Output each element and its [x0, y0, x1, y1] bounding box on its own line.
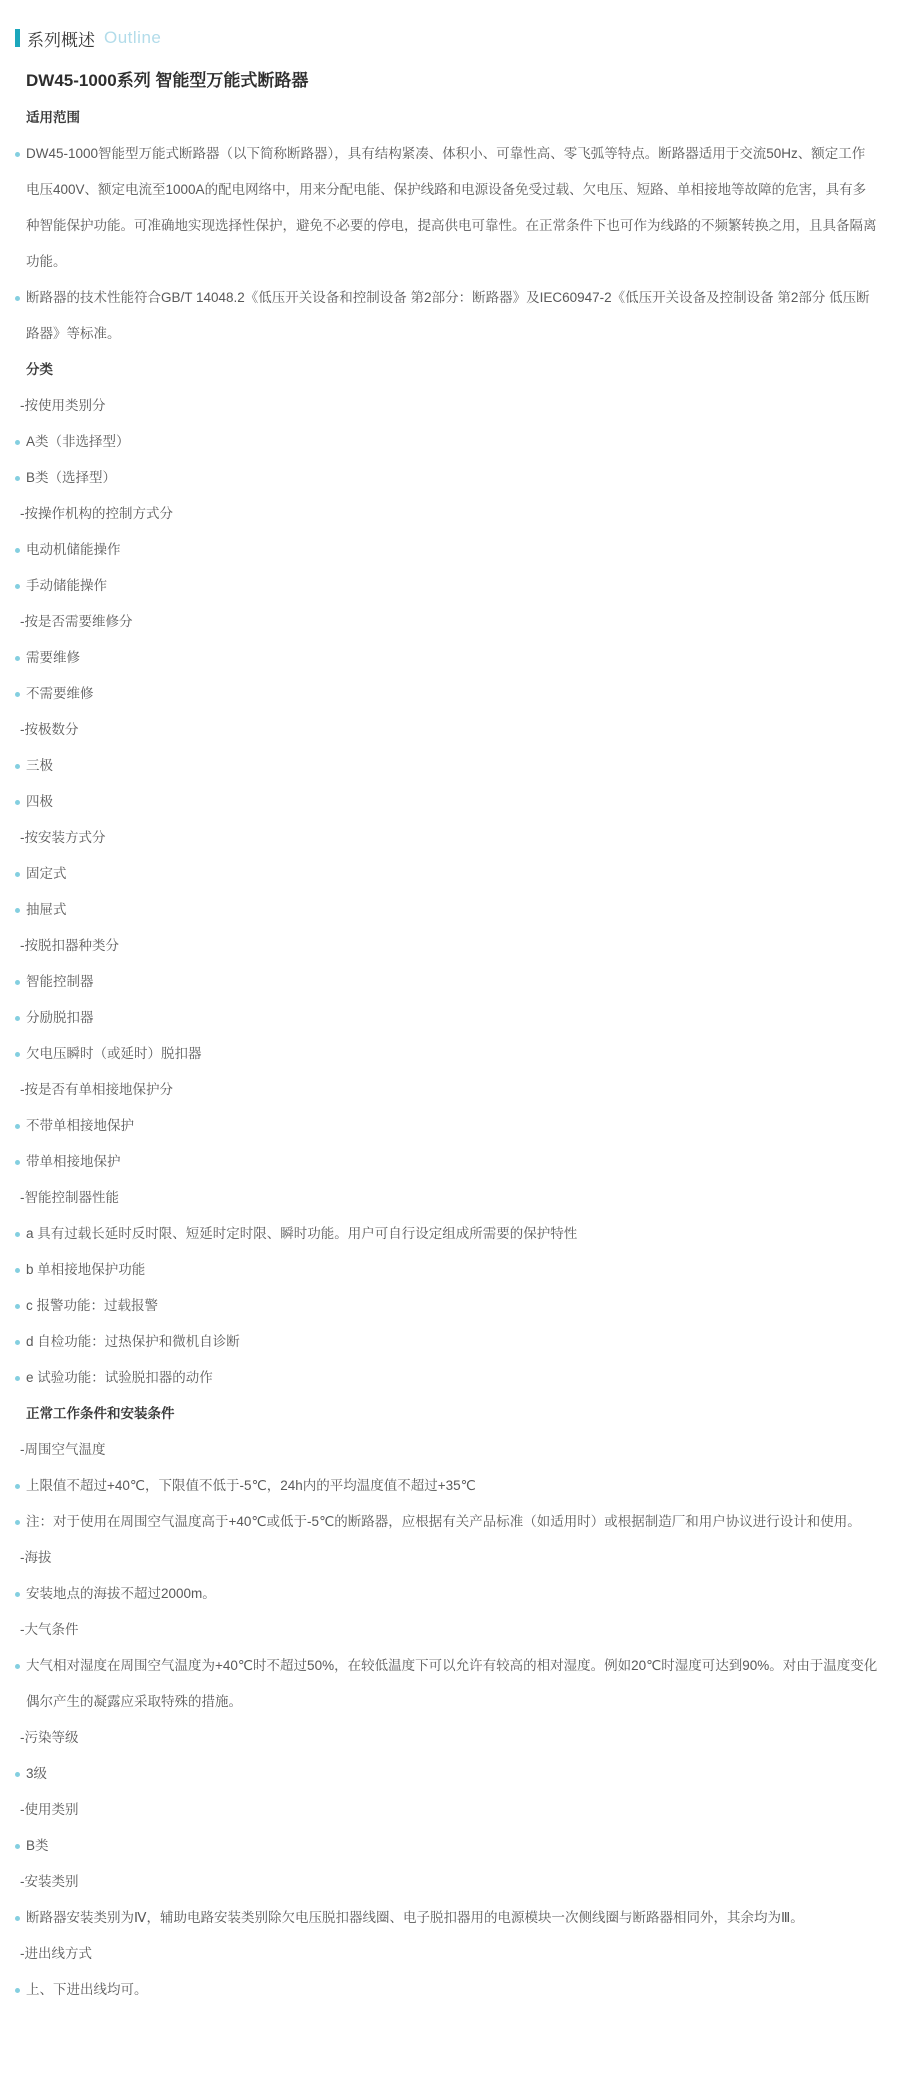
bullet-icon [15, 1520, 20, 1525]
block-text: 不带单相接地保护 [26, 1118, 134, 1133]
section-header: 系列概述 Outline [0, 26, 900, 50]
bullet-icon [15, 1844, 20, 1849]
block-text: -按极数分 [20, 722, 79, 737]
block-text: c 报警功能：过载报警 [26, 1298, 158, 1313]
subheading-text: 适用范围 [26, 110, 80, 125]
block-text: -海拔 [20, 1550, 52, 1565]
bullet-icon [15, 656, 20, 661]
category-label: -按使用类别分 [0, 388, 900, 424]
bullet-icon [15, 1304, 20, 1309]
category-label: -按安装方式分 [0, 820, 900, 856]
accent-bar-icon [15, 29, 20, 47]
bullet-icon [15, 1340, 20, 1345]
block-text: d 自检功能：过热保护和微机自诊断 [26, 1334, 240, 1349]
block-text: 手动储能操作 [26, 578, 107, 593]
bullet-icon [15, 1592, 20, 1597]
block-text: 抽屉式 [26, 902, 67, 917]
category-label: -智能控制器性能 [0, 1180, 900, 1216]
bullet-icon [15, 1232, 20, 1237]
block-text: B类 [26, 1838, 49, 1853]
list-item: 大气相对湿度在周围空气温度为+40℃时不超过50%，在较低温度下可以允许有较高的… [0, 1648, 900, 1720]
list-item: b 单相接地保护功能 [0, 1252, 900, 1288]
subheading: 适用范围 [0, 100, 900, 136]
block-text: -安装类别 [20, 1874, 79, 1889]
list-item: 断路器安装类别为Ⅳ，辅助电路安装类别除欠电压脱扣器线圈、电子脱扣器用的电源模块一… [0, 1900, 900, 1936]
bullet-icon [15, 1160, 20, 1165]
bullet-icon [15, 1268, 20, 1273]
list-item: A类（非选择型） [0, 424, 900, 460]
list-item: DW45-1000智能型万能式断路器（以下简称断路器），具有结构紧凑、体积小、可… [0, 136, 900, 280]
bullet-icon [15, 908, 20, 913]
category-label: -安装类别 [0, 1864, 900, 1900]
bullet-icon [15, 548, 20, 553]
block-text: -大气条件 [20, 1622, 79, 1637]
block-text: 分励脱扣器 [26, 1010, 94, 1025]
list-item: B类（选择型） [0, 460, 900, 496]
block-text: 欠电压瞬时（或延时）脱扣器 [26, 1046, 202, 1061]
category-label: -进出线方式 [0, 1936, 900, 1972]
block-text: -按是否需要维修分 [20, 614, 133, 629]
section-subtitle: Outline [104, 28, 161, 48]
block-text: e 试验功能：试验脱扣器的动作 [26, 1370, 213, 1385]
bullet-icon [15, 1664, 20, 1669]
block-text: -使用类别 [20, 1802, 79, 1817]
category-label: -按是否有单相接地保护分 [0, 1072, 900, 1108]
block-text: 需要维修 [26, 650, 80, 665]
block-text: 3级 [26, 1766, 47, 1781]
list-item: 智能控制器 [0, 964, 900, 1000]
block-text: a 具有过载长延时反时限、短延时定时限、瞬时功能。用户可自行设定组成所需要的保护… [26, 1226, 577, 1241]
list-item: 安装地点的海拔不超过2000m。 [0, 1576, 900, 1612]
list-item: a 具有过载长延时反时限、短延时定时限、瞬时功能。用户可自行设定组成所需要的保护… [0, 1216, 900, 1252]
bullet-icon [15, 1052, 20, 1057]
bullet-icon [15, 1016, 20, 1021]
block-text: 智能控制器 [26, 974, 94, 989]
block-text: -按使用类别分 [20, 398, 106, 413]
block-text: 四极 [26, 794, 53, 809]
page: 系列概述 Outline DW45-1000系列 智能型万能式断路器 适用范围D… [0, 0, 900, 2086]
list-item: 三极 [0, 748, 900, 784]
bullet-icon [15, 1988, 20, 1993]
list-item: 上限值不超过+40℃，下限值不低于-5℃，24h内的平均温度值不超过+35℃ [0, 1468, 900, 1504]
list-item: 抽屉式 [0, 892, 900, 928]
list-item: 上、下进出线均可。 [0, 1972, 900, 2008]
block-text: -按安装方式分 [20, 830, 106, 845]
bullet-icon [15, 152, 20, 157]
list-item: 电动机储能操作 [0, 532, 900, 568]
block-text: 上、下进出线均可。 [26, 1982, 148, 1997]
subheading-text: 正常工作条件和安装条件 [26, 1406, 175, 1421]
category-label: -海拔 [0, 1540, 900, 1576]
block-text: DW45-1000智能型万能式断路器（以下简称断路器），具有结构紧凑、体积小、可… [26, 146, 877, 269]
list-item: 带单相接地保护 [0, 1144, 900, 1180]
block-text: 安装地点的海拔不超过2000m。 [26, 1586, 216, 1601]
bullet-icon [15, 1124, 20, 1129]
block-text: 断路器安装类别为Ⅳ，辅助电路安装类别除欠电压脱扣器线圈、电子脱扣器用的电源模块一… [26, 1910, 804, 1925]
list-item: 断路器的技术性能符合GB/T 14048.2《低压开关设备和控制设备 第2部分：… [0, 280, 900, 352]
block-text: 不需要维修 [26, 686, 94, 701]
category-label: -按脱扣器种类分 [0, 928, 900, 964]
list-item: 固定式 [0, 856, 900, 892]
block-text: 上限值不超过+40℃，下限值不低于-5℃，24h内的平均温度值不超过+35℃ [26, 1478, 476, 1493]
category-label: -周围空气温度 [0, 1432, 900, 1468]
subheading: 分类 [0, 352, 900, 388]
category-label: -按操作机构的控制方式分 [0, 496, 900, 532]
list-item: 欠电压瞬时（或延时）脱扣器 [0, 1036, 900, 1072]
block-text: -按是否有单相接地保护分 [20, 1082, 173, 1097]
bullet-icon [15, 440, 20, 445]
list-item: 3级 [0, 1756, 900, 1792]
category-label: -污染等级 [0, 1720, 900, 1756]
bullet-icon [15, 296, 20, 301]
block-text: 电动机储能操作 [26, 542, 121, 557]
bullet-icon [15, 584, 20, 589]
block-text: B类（选择型） [26, 470, 116, 485]
block-text: 固定式 [26, 866, 67, 881]
bullet-icon [15, 1376, 20, 1381]
block-text: -按脱扣器种类分 [20, 938, 119, 953]
bullet-icon [15, 764, 20, 769]
block-text: -智能控制器性能 [20, 1190, 119, 1205]
list-item: 手动储能操作 [0, 568, 900, 604]
block-text: -污染等级 [20, 1730, 79, 1745]
bullet-icon [15, 1772, 20, 1777]
subheading: 正常工作条件和安装条件 [0, 1396, 900, 1432]
bullet-icon [15, 980, 20, 985]
block-text: 断路器的技术性能符合GB/T 14048.2《低压开关设备和控制设备 第2部分：… [26, 290, 870, 341]
block-text: 注：对于使用在周围空气温度高于+40℃或低于-5℃的断路器，应根据有关产品标准（… [26, 1514, 861, 1529]
list-item: c 报警功能：过载报警 [0, 1288, 900, 1324]
bullet-icon [15, 872, 20, 877]
bullet-icon [15, 800, 20, 805]
section-title: 系列概述 [27, 26, 95, 51]
bullet-icon [15, 692, 20, 697]
subheading-text: 分类 [26, 362, 53, 377]
list-item: 注：对于使用在周围空气温度高于+40℃或低于-5℃的断路器，应根据有关产品标准（… [0, 1504, 900, 1540]
category-label: -按极数分 [0, 712, 900, 748]
list-item: B类 [0, 1828, 900, 1864]
bullet-icon [15, 1484, 20, 1489]
block-text: -按操作机构的控制方式分 [20, 506, 173, 521]
list-item: 分励脱扣器 [0, 1000, 900, 1036]
block-text: 三极 [26, 758, 53, 773]
block-text: 大气相对湿度在周围空气温度为+40℃时不超过50%，在较低温度下可以允许有较高的… [26, 1658, 877, 1709]
block-text: A类（非选择型） [26, 434, 130, 449]
list-item: e 试验功能：试验脱扣器的动作 [0, 1360, 900, 1396]
category-label: -大气条件 [0, 1612, 900, 1648]
block-text: -周围空气温度 [20, 1442, 106, 1457]
block-text: b 单相接地保护功能 [26, 1262, 145, 1277]
document-title: DW45-1000系列 智能型万能式断路器 [26, 70, 900, 92]
category-label: -按是否需要维修分 [0, 604, 900, 640]
bullet-icon [15, 1916, 20, 1921]
list-item: 不带单相接地保护 [0, 1108, 900, 1144]
list-item: d 自检功能：过热保护和微机自诊断 [0, 1324, 900, 1360]
block-text: 带单相接地保护 [26, 1154, 121, 1169]
list-item: 四极 [0, 784, 900, 820]
block-text: -进出线方式 [20, 1946, 92, 1961]
content-blocks: 适用范围DW45-1000智能型万能式断路器（以下简称断路器），具有结构紧凑、体… [0, 100, 900, 2008]
list-item: 不需要维修 [0, 676, 900, 712]
bullet-icon [15, 476, 20, 481]
list-item: 需要维修 [0, 640, 900, 676]
category-label: -使用类别 [0, 1792, 900, 1828]
